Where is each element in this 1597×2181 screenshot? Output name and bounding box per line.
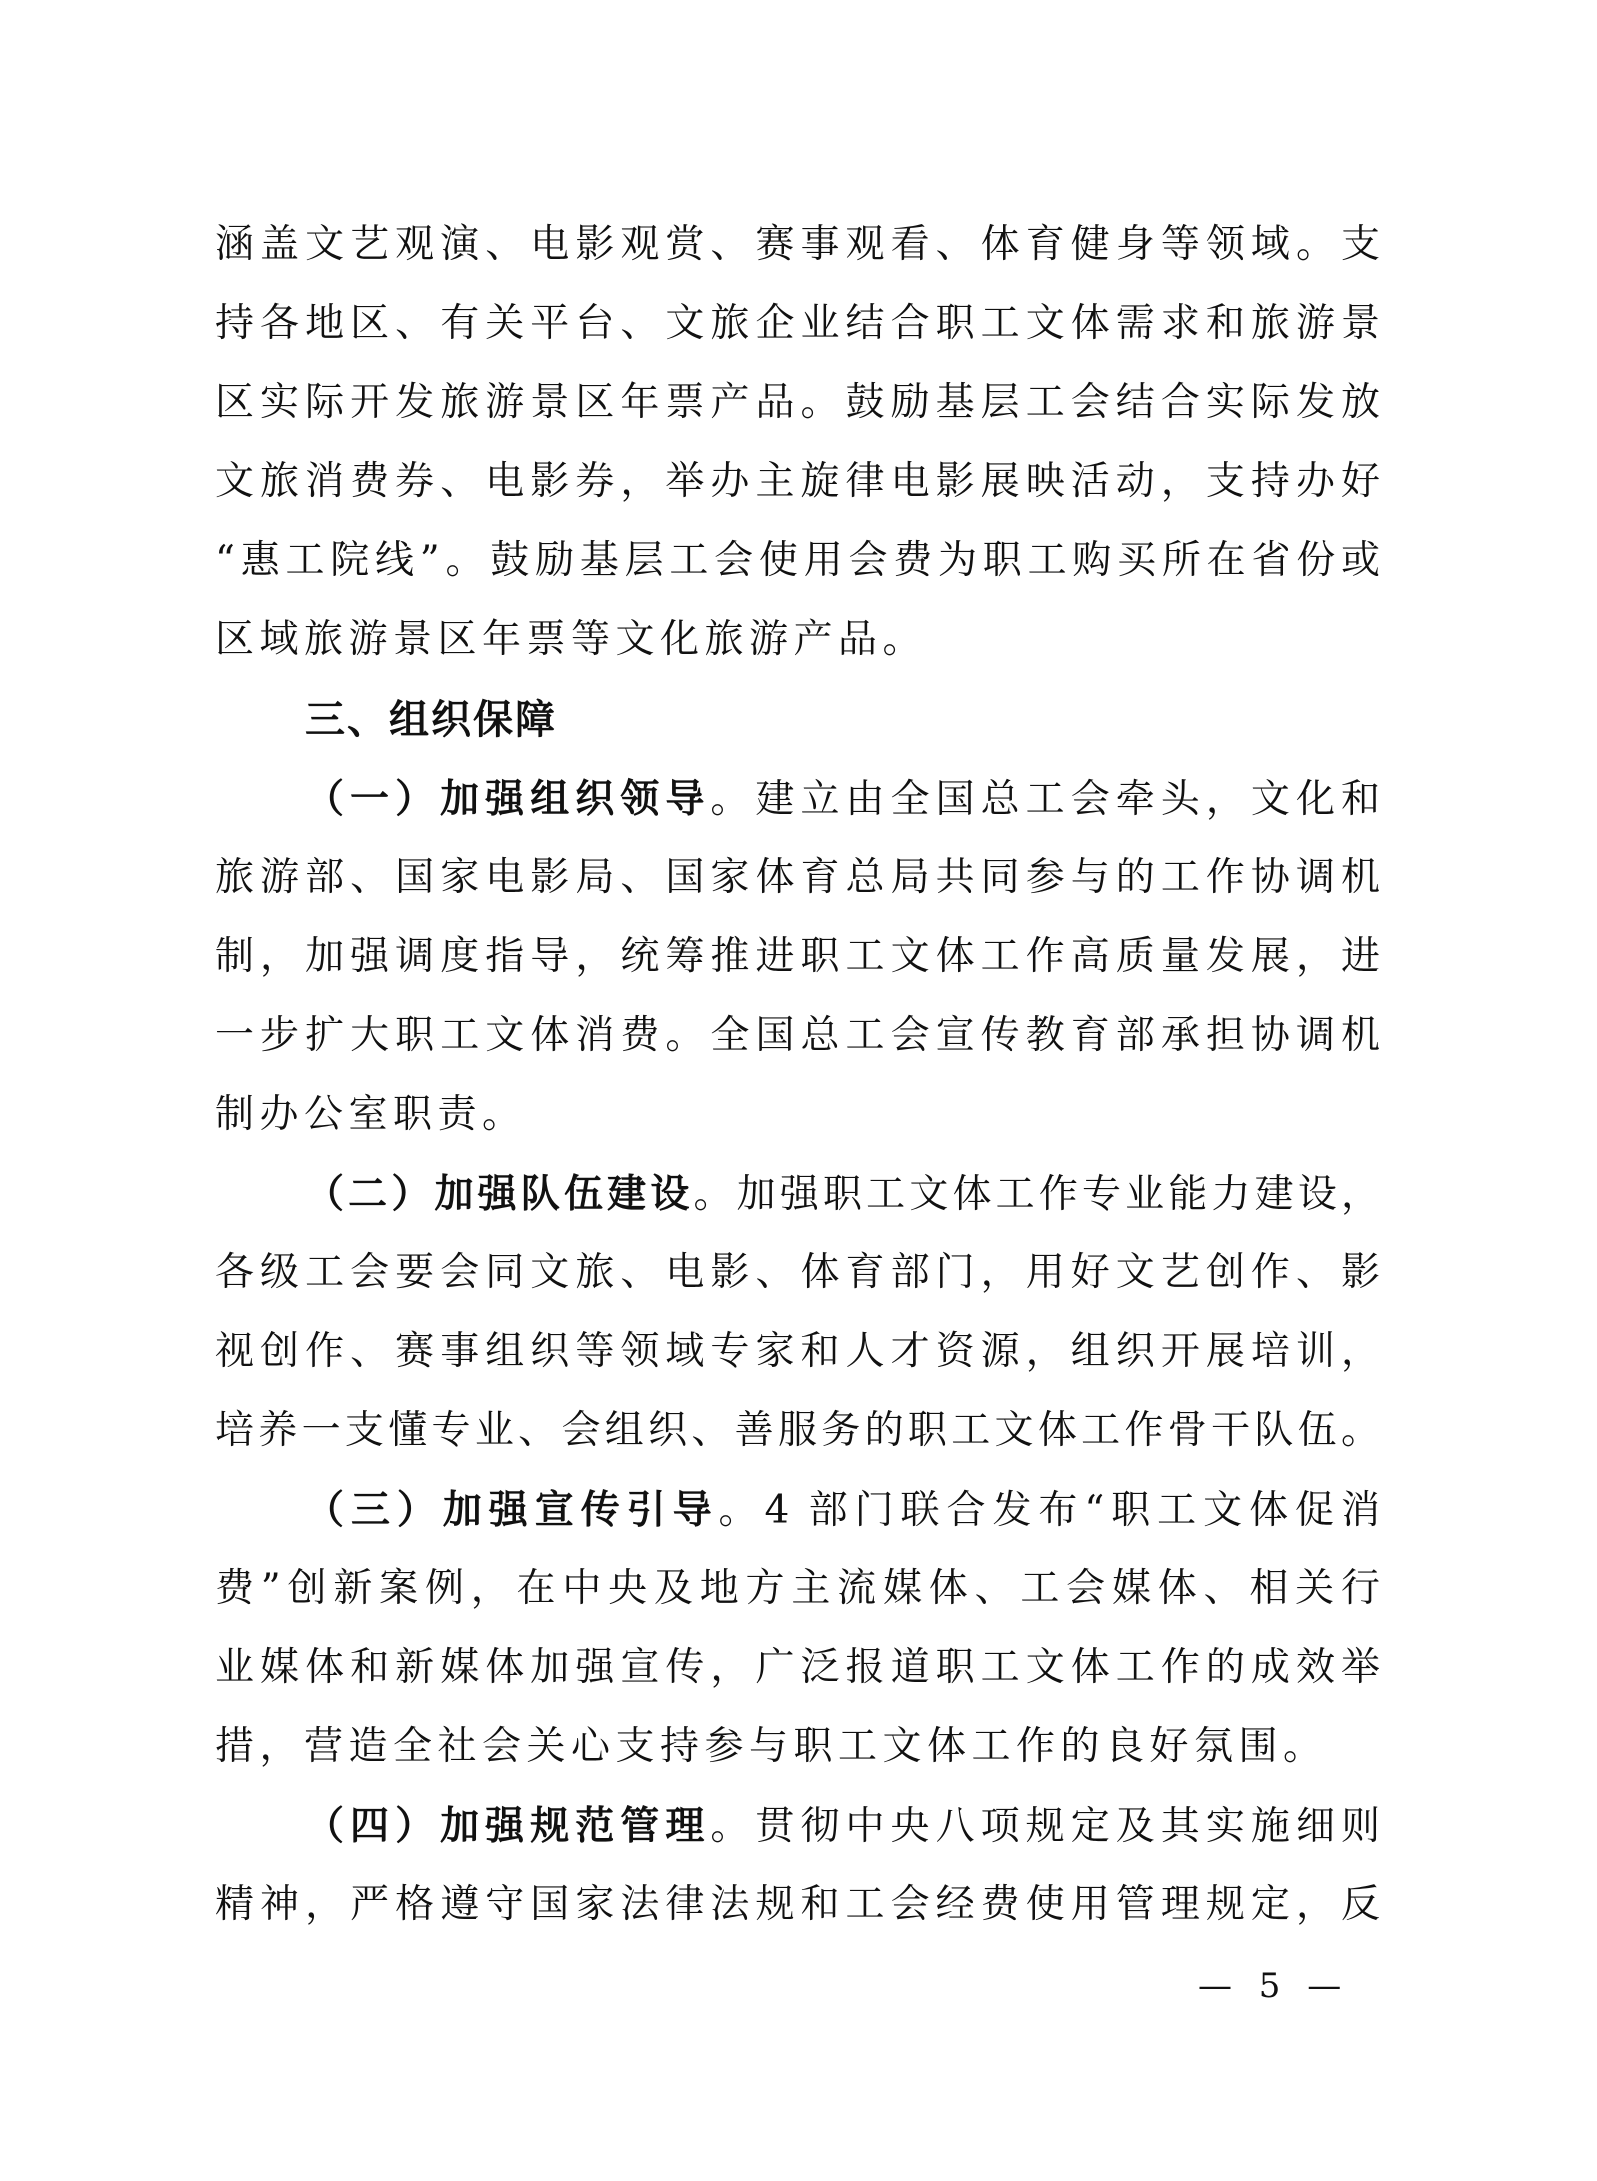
- body-text-line: 区域旅游景区年票等文化旅游产品。: [215, 617, 1380, 663]
- subsection-text: 。加强职工文体工作专业能力建设，: [694, 1172, 1380, 1217]
- body-text-line: 业媒体和新媒体加强宣传，广泛报道职工文体工作的成效举: [215, 1645, 1380, 1691]
- body-text-line: 涵盖文艺观演、电影观赏、赛事观看、体育健身等领域。支: [215, 222, 1380, 268]
- body-text-line: 费”创新案例，在中央及地方主流媒体、工会媒体、相关行: [215, 1566, 1380, 1612]
- subsection-first-line: （三）加强宣传引导。4 部门联合发布“职工文体促消: [305, 1487, 1380, 1533]
- body-text-line: 区实际开发旅游景区年票产品。鼓励基层工会结合实际发放: [215, 380, 1380, 426]
- subsection-first-line: （二）加强队伍建设。加强职工文体工作专业能力建设，: [305, 1171, 1380, 1217]
- body-text-line: 旅游部、国家电影局、国家体育总局共同参与的工作协调机: [215, 855, 1380, 901]
- subsection-first-line: （一）加强组织领导。建立由全国总工会牵头，文化和: [305, 776, 1380, 822]
- body-text-line: 各级工会要会同文旅、电影、体育部门，用好文艺创作、影: [215, 1250, 1380, 1296]
- subsection-text: 。4 部门联合发布“职工文体促消: [719, 1488, 1380, 1533]
- body-text-line: 精神，严格遵守国家法律法规和工会经费使用管理规定，反: [215, 1882, 1380, 1928]
- subsection-title: （一）加强组织领导: [305, 776, 710, 822]
- body-text-line: 制办公室职责。: [215, 1092, 1380, 1138]
- page-number: — 5 —: [1198, 1968, 1348, 2004]
- subsection-title: （四）加强规范管理: [305, 1803, 710, 1849]
- body-text-line: 培养一支懂专业、会组织、善服务的职工文体工作骨干队伍。: [215, 1408, 1380, 1454]
- subsection-title: （三）加强宣传引导: [305, 1487, 719, 1533]
- subsection-first-line: （四）加强规范管理。贯彻中央八项规定及其实施细则: [305, 1803, 1380, 1849]
- body-text-line: 措，营造全社会关心支持参与职工文体工作的良好氛围。: [215, 1724, 1380, 1770]
- body-text-line: 一步扩大职工文体消费。全国总工会宣传教育部承担协调机: [215, 1013, 1380, 1059]
- document-page: 涵盖文艺观演、电影观赏、赛事观看、体育健身等领域。支 持各地区、有关平台、文旅企…: [0, 0, 1597, 2181]
- body-text-line: 文旅消费券、电影券，举办主旋律电影展映活动，支持办好: [215, 459, 1380, 505]
- subsection-text: 。贯彻中央八项规定及其实施细则: [710, 1804, 1380, 1849]
- body-text-line: 视创作、赛事组织等领域专家和人才资源，组织开展培训，: [215, 1329, 1380, 1375]
- subsection-text: 。建立由全国总工会牵头，文化和: [710, 777, 1380, 822]
- body-text-line: “惠工院线”。鼓励基层工会使用会费为职工购买所在省份或: [215, 538, 1380, 584]
- body-text-line: 制，加强调度指导，统筹推进职工文体工作高质量发展，进: [215, 934, 1380, 980]
- subsection-title: （二）加强队伍建设: [305, 1171, 694, 1217]
- body-text-line: 持各地区、有关平台、文旅企业结合职工文体需求和旅游景: [215, 301, 1380, 347]
- section-heading: 三、组织保障: [305, 697, 557, 743]
